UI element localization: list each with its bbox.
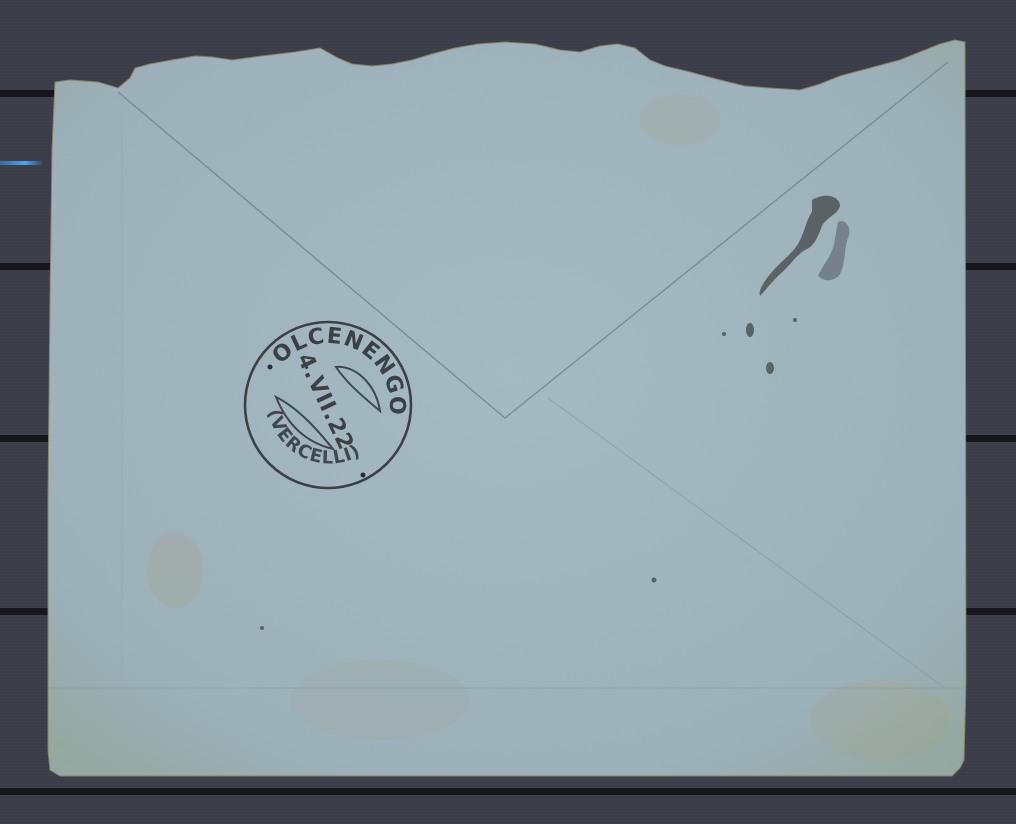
envelope: OLCENENGO (VERCELLI) 4.VII.22 [0, 0, 1016, 824]
stain [640, 95, 720, 145]
stain [810, 680, 950, 760]
stain [147, 532, 203, 608]
stain [290, 660, 470, 740]
